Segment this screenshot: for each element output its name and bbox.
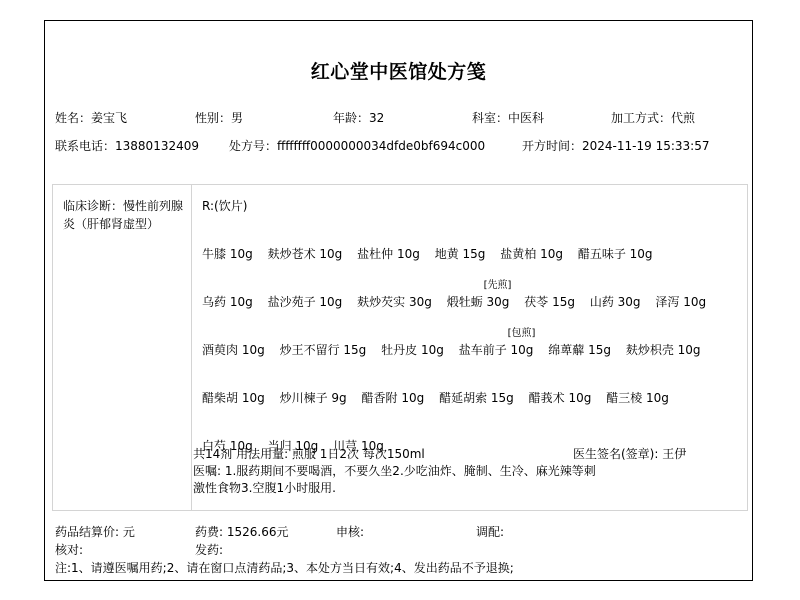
- prescription-cell: R:(饮片) 牛膝 10g 麸炒苍术 10g 盐杜仲 10g 地黄 15g 盐黄…: [193, 185, 747, 510]
- department-value: 中医科: [508, 111, 544, 125]
- herb-item: 牛膝 10g: [202, 245, 253, 262]
- patient-name: 姓名：姜宝飞: [55, 109, 127, 126]
- settle-price: 药品结算价: 元: [55, 523, 135, 540]
- herb-line: 牛膝 10g 麸炒苍术 10g 盐杜仲 10g 地黄 15g 盐黄柏 10g 醋…: [202, 245, 664, 262]
- review-label: 申核:: [336, 523, 364, 540]
- herb-item: 乌药 10g: [202, 293, 253, 310]
- herb-item: 炒川楝子 9g: [280, 389, 347, 406]
- herb-item: 炒王不留行 15g: [280, 341, 367, 358]
- medical-advice: 医嘱: 1.服药期间不要喝酒，不要久坐2.少吃油炸、腌制、生冷、麻光辣等刺激性食…: [193, 463, 603, 497]
- herb-item: 泽泻 10g: [655, 293, 706, 310]
- medicine-fee: 药费: 1526.66元: [195, 523, 288, 540]
- herb-item: 醋莪术 10g: [529, 389, 592, 406]
- prescription-sheet: 红心堂中医馆处方笺 姓名：姜宝飞 性别：男 年龄：32 科室：中医科 加工方式：…: [44, 20, 753, 581]
- patient-name-label: 姓名：: [55, 111, 91, 125]
- patient-age-label: 年龄：: [333, 111, 369, 125]
- footer-notes: 注:1、请遵医嘱用药;2、请在窗口点清药品;3、本处方当日有效;4、发出药品不予…: [55, 559, 514, 576]
- patient-gender: 性别：男: [195, 109, 243, 126]
- doctor-signature: 医生签名(签章): 王伊: [573, 445, 686, 462]
- herb-item: 醋五味子 10g: [578, 245, 653, 262]
- rx-no-label: 处方号：: [229, 139, 277, 153]
- herb-line: 乌药 10g 盐沙苑子 10g 麸炒芡实 30g [先煎]煅牡蛎 30g 茯苓 …: [202, 293, 717, 310]
- patient-phone: 联系电话：13880132409: [55, 137, 199, 154]
- prescription-number: 处方号：ffffffff0000000034dfde0bf694c000: [229, 137, 485, 154]
- rx-time-value: 2024-11-19 15:33:57: [582, 139, 709, 153]
- herb-item: 麸炒枳壳 10g: [626, 341, 701, 358]
- herb-item: 醋柴胡 10g: [202, 389, 265, 406]
- herb-item: [包煎]盐车前子 10g: [459, 341, 534, 358]
- clinical-diagnosis: 临床诊断：慢性前列腺炎（肝郁肾虚型）: [63, 197, 187, 233]
- dispense-label: 调配:: [476, 523, 504, 540]
- herb-line: 酒萸肉 10g 炒王不留行 15g 牡丹皮 10g [包煎]盐车前子 10g 绵…: [202, 341, 712, 358]
- processing-value: 代煎: [671, 111, 695, 125]
- patient-age-value: 32: [369, 111, 384, 125]
- phone-label: 联系电话：: [55, 139, 115, 153]
- herb-item: [先煎]煅牡蛎 30g: [447, 293, 510, 310]
- herb-line: 醋柴胡 10g 炒川楝子 9g 醋香附 10g 醋延胡索 15g 醋莪术 10g…: [202, 389, 680, 406]
- herb-item: 地黄 15g: [435, 245, 486, 262]
- signature-label: 医生签名(签章):: [573, 447, 662, 461]
- department-label: 科室：: [472, 111, 508, 125]
- rx-heading: R:(饮片): [202, 197, 247, 214]
- patient-department: 科室：中医科: [472, 109, 544, 126]
- diagnosis-cell: 临床诊断：慢性前列腺炎（肝郁肾虚型）: [53, 185, 192, 510]
- herb-item: 盐沙苑子 10g: [268, 293, 343, 310]
- rx-time-label: 开方时间：: [522, 139, 582, 153]
- herb-item: 醋香附 10g: [362, 389, 425, 406]
- prescription-time: 开方时间：2024-11-19 15:33:57: [522, 137, 709, 154]
- herb-item: 牡丹皮 10g: [381, 341, 444, 358]
- prescription-table: 临床诊断：慢性前列腺炎（肝郁肾虚型） R:(饮片) 牛膝 10g 麸炒苍术 10…: [52, 184, 748, 511]
- rx-no-value: ffffffff0000000034dfde0bf694c000: [277, 139, 485, 153]
- patient-gender-value: 男: [231, 111, 243, 125]
- herb-item: 醋延胡索 15g: [439, 389, 514, 406]
- settle-price-value: 元: [123, 525, 135, 539]
- herb-item: 麸炒苍术 10g: [268, 245, 343, 262]
- fee-label: 药费:: [195, 525, 227, 539]
- processing-method: 加工方式：代煎: [611, 109, 695, 126]
- herb-item: 茯苓 15g: [524, 293, 575, 310]
- herb-item: 醋三棱 10g: [606, 389, 669, 406]
- page-title: 红心堂中医馆处方笺: [45, 57, 752, 84]
- herb-item: 盐杜仲 10g: [357, 245, 420, 262]
- fee-value: 1526.66元: [227, 525, 289, 539]
- patient-gender-label: 性别：: [195, 111, 231, 125]
- processing-label: 加工方式：: [611, 111, 671, 125]
- phone-value: 13880132409: [115, 139, 199, 153]
- issue-label: 发药:: [195, 541, 223, 558]
- decoction-note: [包煎]: [508, 324, 536, 339]
- signature-value: 王伊: [662, 447, 686, 461]
- herb-item: 绵萆薢 15g: [548, 341, 611, 358]
- usage-dosage: 共14剂 用法用量: 煎服 1日2次 每次150ml: [193, 445, 425, 462]
- herb-item: 盐黄柏 10g: [500, 245, 563, 262]
- settle-price-label: 药品结算价:: [55, 525, 123, 539]
- check-label: 核对:: [55, 541, 83, 558]
- herb-item: 山药 30g: [590, 293, 641, 310]
- herb-item: 酒萸肉 10g: [202, 341, 265, 358]
- patient-age: 年龄：32: [333, 109, 384, 126]
- decoction-note: [先煎]: [484, 276, 512, 291]
- patient-name-value: 姜宝飞: [91, 111, 127, 125]
- herb-item: 麸炒芡实 30g: [357, 293, 432, 310]
